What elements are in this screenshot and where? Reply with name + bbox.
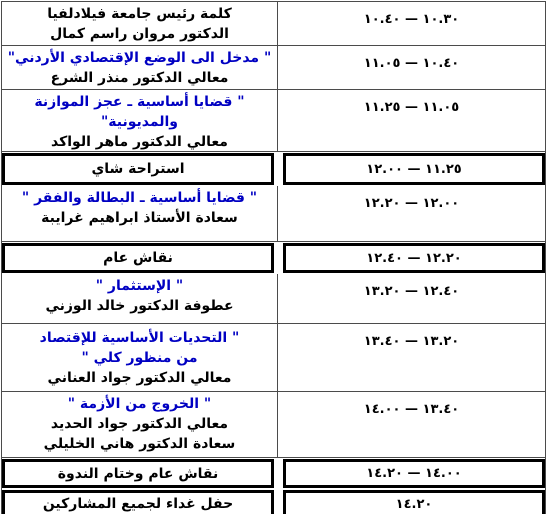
time-cell: ١٢.٠٠ — ١١.٢٥ (283, 153, 545, 185)
session-title-line: " التحديات الأساسية للإقتصاد (2, 328, 277, 348)
schedule-row: " الخروج من الأزمة " معالي الدكتور جواد … (2, 392, 545, 458)
break-row: استراحة شاي ١٢.٠٠ — ١١.٢٥ (2, 152, 545, 186)
break-label-cell: استراحة شاي (2, 153, 274, 185)
session-speaker: معالي الدكتور منذر الشرع (2, 68, 277, 88)
time-cell: ١٢.٤٠ — ١٢.٢٠ (283, 243, 545, 273)
session-cell: كلمة رئيس جامعة فيلادلفيا الدكتور مروان … (2, 2, 278, 45)
session-cell: " الخروج من الأزمة " معالي الدكتور جواد … (2, 392, 278, 457)
session-cell: " قضايا أساسية ـ البطالة والفقر " سعادة … (2, 186, 278, 241)
session-speaker: سعادة الدكتور هاني الخليلي (2, 434, 277, 454)
break-label-cell: حفل غداء لجميع المشاركين (2, 490, 274, 514)
time-range: ١١.٠٥ — ١٠.٤٠ (364, 56, 459, 71)
session-title-line: والمديونية" (2, 112, 277, 132)
time-cell: ١٤.٢٠ — ١٤.٠٠ (283, 459, 545, 488)
schedule-row: كلمة رئيس جامعة فيلادلفيا الدكتور مروان … (2, 2, 545, 46)
session-title-line: " مدخل الى الوضع الإقتصادي الأردني" (2, 48, 277, 68)
time-cell: ١٣.٢٠ — ١٢.٤٠ (278, 274, 545, 323)
session-speaker: سعادة الأستاذ ابراهيم غرايبة (2, 208, 277, 228)
time-range: ١٤.٢٠ (396, 497, 433, 512)
session-title-line: " الإستثمار " (2, 276, 277, 296)
time-range: ١٤.٢٠ — ١٤.٠٠ (366, 466, 461, 481)
break-row: حفل غداء لجميع المشاركين ١٤.٢٠ (2, 489, 545, 514)
time-cell: ١٢.٢٠ — ١٢.٠٠ (278, 186, 545, 241)
session-title-line: من منظور كلي " (2, 348, 277, 368)
time-range: ١٢.٠٠ — ١١.٢٥ (366, 162, 461, 177)
break-label: نقاش عام (103, 248, 173, 268)
time-cell: ١٣.٤٠ — ١٣.٢٠ (278, 324, 545, 391)
session-title-line: " الخروج من الأزمة " (2, 394, 277, 414)
schedule-row: " قضايا أساسية ـ عجز الموازنة والمديونية… (2, 90, 545, 152)
time-range: ١٠.٤٠ — ١٠.٣٠ (364, 12, 459, 27)
session-speaker: عطوفة الدكتور خالد الوزني (2, 296, 277, 316)
time-range: ١١.٢٥ — ١١.٠٥ (364, 100, 459, 115)
schedule-row: " التحديات الأساسية للإقتصاد من منظور كل… (2, 324, 545, 392)
session-cell: " الإستثمار " عطوفة الدكتور خالد الوزني (2, 274, 278, 323)
session-title-line: " قضايا أساسية ـ البطالة والفقر " (2, 188, 277, 208)
break-row: نقاش عام ١٢.٤٠ — ١٢.٢٠ (2, 242, 545, 274)
session-cell: " التحديات الأساسية للإقتصاد من منظور كل… (2, 324, 278, 391)
session-title-line: " قضايا أساسية ـ عجز الموازنة (2, 92, 277, 112)
session-cell: " مدخل الى الوضع الإقتصادي الأردني" معال… (2, 46, 278, 89)
session-speaker: معالي الدكتور ماهر الواكد (2, 132, 277, 151)
time-range: ١٢.٢٠ — ١٢.٠٠ (364, 196, 459, 211)
break-label: استراحة شاي (91, 159, 184, 179)
break-label: حفل غداء لجميع المشاركين (43, 494, 233, 514)
session-speaker: الدكتور مروان راسم كمال (2, 24, 277, 44)
session-title-line: كلمة رئيس جامعة فيلادلفيا (2, 4, 277, 24)
schedule-row: " الإستثمار " عطوفة الدكتور خالد الوزني … (2, 274, 545, 324)
session-speaker: معالي الدكتور جواد العناني (2, 368, 277, 388)
break-label: نقاش عام وختام الندوة (58, 464, 218, 484)
time-cell: ١٠.٤٠ — ١٠.٣٠ (278, 2, 545, 45)
break-row: نقاش عام وختام الندوة ١٤.٢٠ — ١٤.٠٠ (2, 458, 545, 489)
schedule-row: " قضايا أساسية ـ البطالة والفقر " سعادة … (2, 186, 545, 242)
time-cell: ١٤.٠٠ — ١٣.٤٠ (278, 392, 545, 457)
schedule-table: كلمة رئيس جامعة فيلادلفيا الدكتور مروان … (1, 1, 546, 514)
break-label-cell: نقاش عام (2, 243, 274, 273)
time-range: ١٣.٢٠ — ١٢.٤٠ (364, 284, 459, 299)
session-speaker: معالي الدكتور جواد الحديد (2, 414, 277, 434)
time-cell: ١٤.٢٠ (283, 490, 545, 514)
time-range: ١٢.٤٠ — ١٢.٢٠ (366, 251, 461, 266)
seminar-schedule-page: { "colors": { "title_blue": "#0000c2", "… (0, 0, 550, 514)
break-label-cell: نقاش عام وختام الندوة (2, 459, 274, 488)
time-cell: ١١.٠٥ — ١٠.٤٠ (278, 46, 545, 89)
time-cell: ١١.٢٥ — ١١.٠٥ (278, 90, 545, 151)
time-range: ١٤.٠٠ — ١٣.٤٠ (364, 402, 459, 417)
schedule-row: " مدخل الى الوضع الإقتصادي الأردني" معال… (2, 46, 545, 90)
session-cell: " قضايا أساسية ـ عجز الموازنة والمديونية… (2, 90, 278, 151)
time-range: ١٣.٤٠ — ١٣.٢٠ (364, 334, 459, 349)
